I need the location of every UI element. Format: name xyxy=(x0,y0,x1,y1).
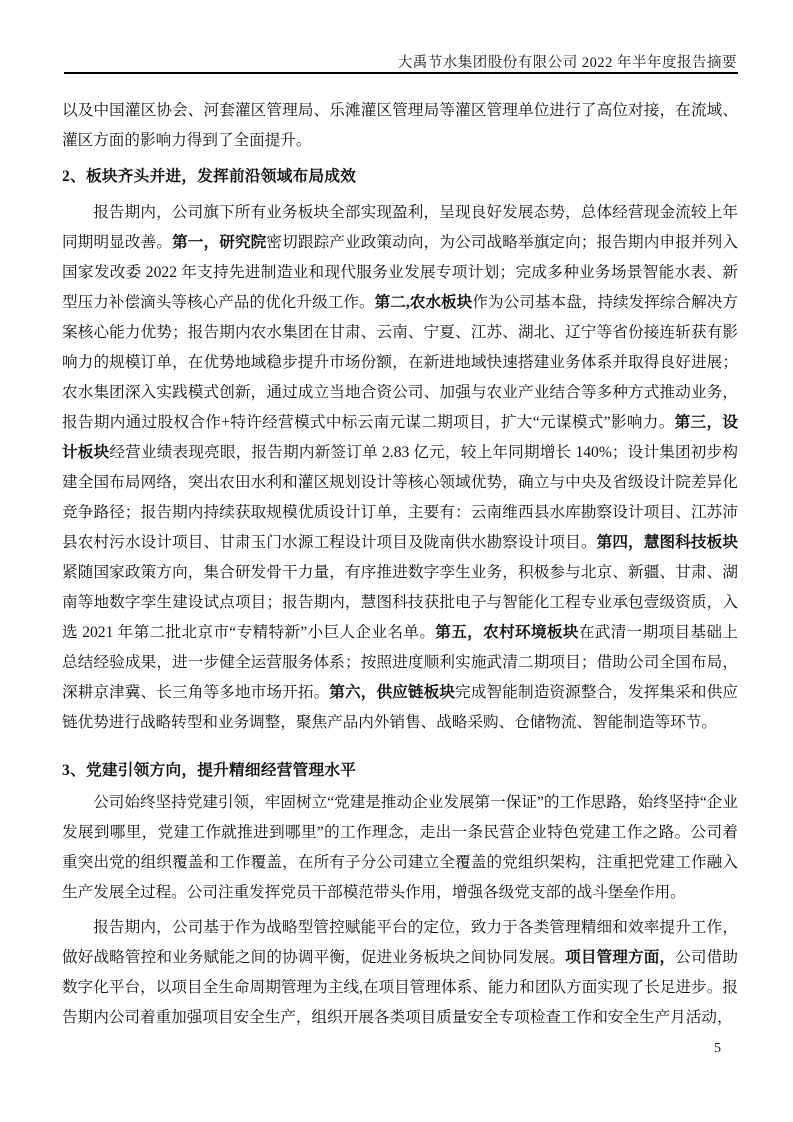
bold-text-run: 第一，研究院 xyxy=(172,234,266,251)
bold-text-run: 项目管理方面， xyxy=(565,949,675,966)
section-heading: 2、板块齐头并进，发挥前沿领域布局成效 xyxy=(62,162,738,192)
bold-text-run: 第二,农水板块 xyxy=(375,294,473,311)
text-run: 以及中国灌区协会、河套灌区管理局、乐滩灌区管理局等灌区管理单位进行了高位对接，在… xyxy=(62,102,738,149)
paragraph: 报告期内，公司基于作为战略型管控赋能平台的定位，致力于各类管理精细和效率提升工作… xyxy=(62,913,738,1033)
page-number: 5 xyxy=(714,1041,721,1057)
document-body: 以及中国灌区协会、河套灌区管理局、乐滩灌区管理局等灌区管理单位进行了高位对接，在… xyxy=(62,96,738,1033)
bold-text-run: 3、党建引领方向，提升精细经营管理水平 xyxy=(62,762,356,779)
text-run: 作为公司基本盘，持续发挥综合解决方案核心能力优势；报告期内农水集团在甘肃、云南、… xyxy=(62,294,738,431)
header-rule xyxy=(64,72,738,74)
text-run: 公司始终坚持党建引领，牢固树立“党建是推动企业发展第一保证”的工作思路，始终坚持… xyxy=(62,794,738,901)
bold-text-run: 2、板块齐头并进，发挥前沿领域布局成效 xyxy=(62,168,356,185)
bold-text-run: 第五，农村环境板块 xyxy=(435,624,579,641)
header-title: 大禹节水集团股份有限公司 2022 年半年度报告摘要 xyxy=(398,51,737,72)
paragraph: 公司始终坚持党建引领，牢固树立“党建是推动企业发展第一保证”的工作思路，始终坚持… xyxy=(62,788,738,908)
paragraph: 报告期内，公司旗下所有业务板块全部实现盈利，呈现良好发展态势，总体经营现金流较上… xyxy=(62,198,738,738)
bold-text-run: 第四，慧图科技板块 xyxy=(597,534,738,551)
paragraph: 以及中国灌区协会、河套灌区管理局、乐滩灌区管理局等灌区管理单位进行了高位对接，在… xyxy=(62,96,738,156)
report-page: 大禹节水集团股份有限公司 2022 年半年度报告摘要 以及中国灌区协会、河套灌区… xyxy=(0,0,793,1122)
section-heading: 3、党建引领方向，提升精细经营管理水平 xyxy=(62,756,738,786)
bold-text-run: 第六，供应链板块 xyxy=(329,684,455,701)
